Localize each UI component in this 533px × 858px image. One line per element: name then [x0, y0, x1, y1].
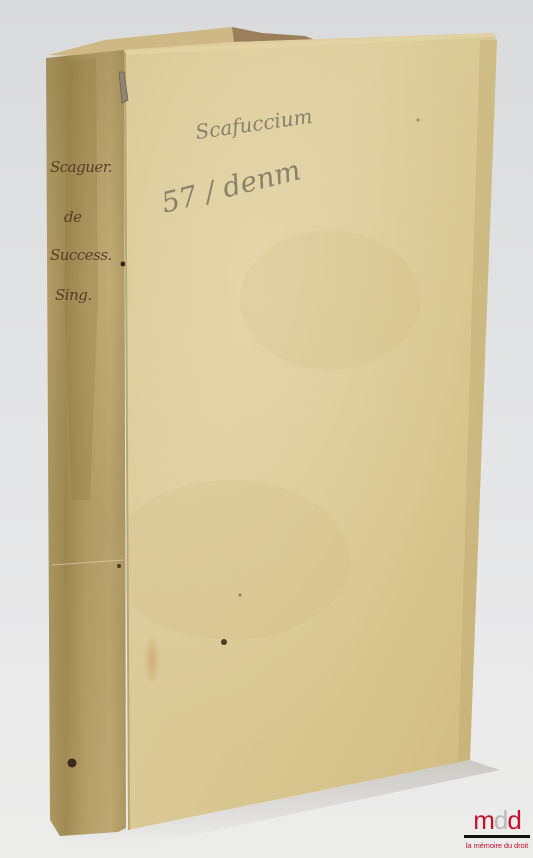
spine-line-3: Success. — [50, 248, 112, 263]
logo-underline — [464, 835, 530, 838]
stain — [143, 634, 161, 686]
logo-tagline: la mémoire du droit — [462, 841, 532, 850]
spine-nail-hole — [68, 759, 77, 768]
spine-line-1: Scaguer. — [50, 160, 112, 175]
mdd-watermark-logo: mdd la mémoire du droit — [462, 808, 532, 850]
logo-letters: mdd — [462, 808, 532, 832]
spine-line-4: Sing. — [55, 288, 92, 303]
spine-line-2: de — [64, 210, 81, 225]
book-photo: Scaguer. de Success. Sing. Scafuccium 57… — [0, 0, 533, 858]
